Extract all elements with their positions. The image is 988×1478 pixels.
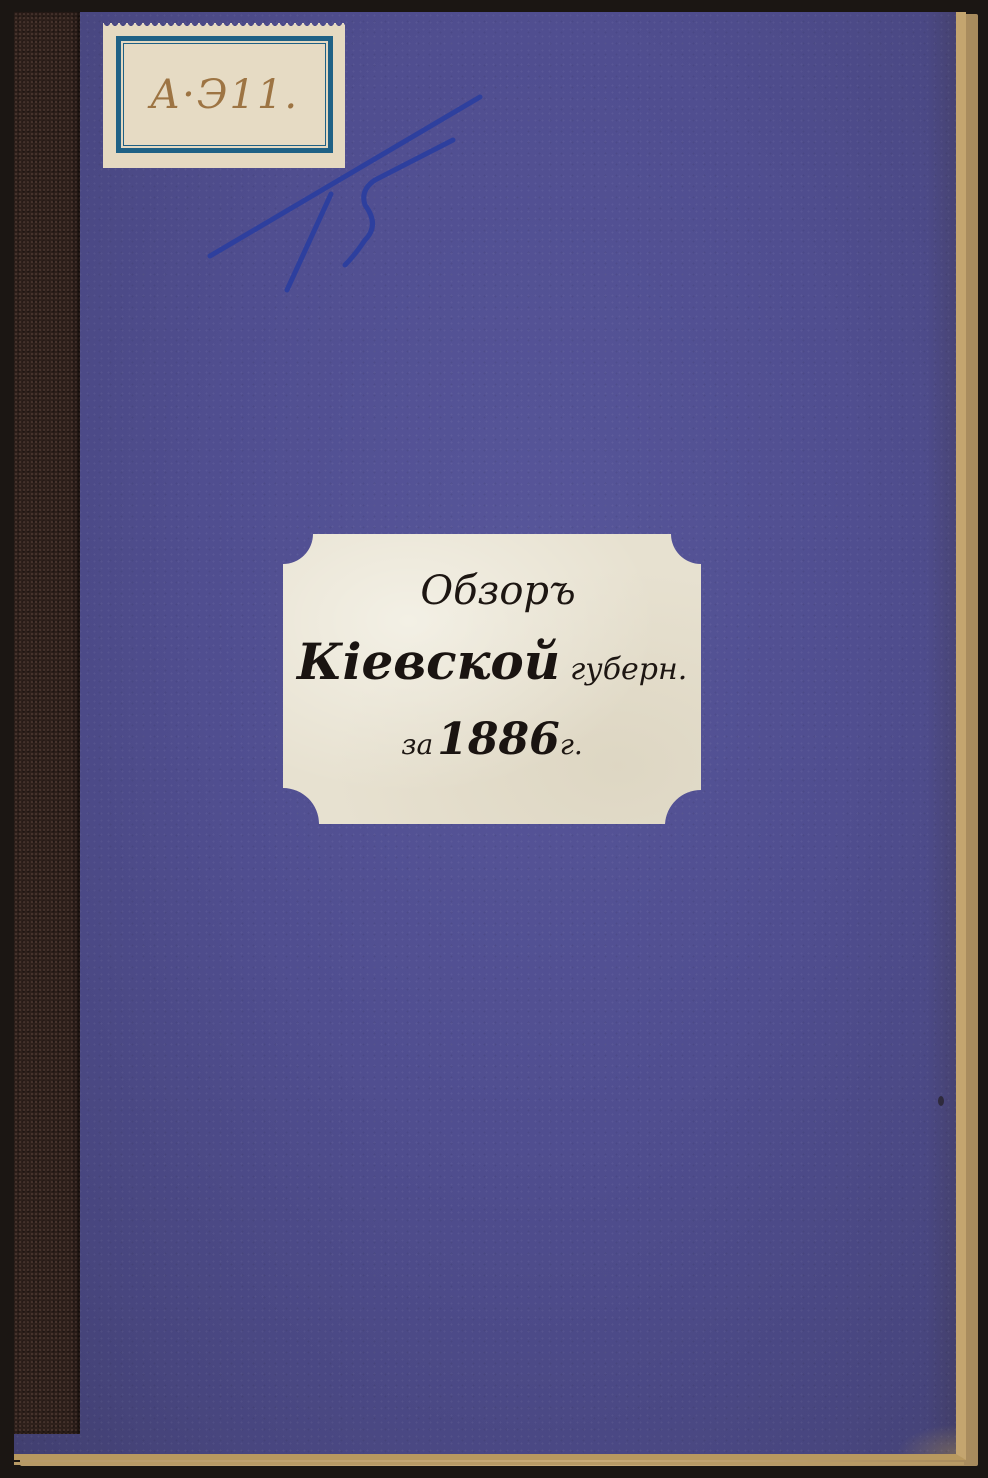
title-gubern: губерн. — [570, 652, 687, 687]
title-line-year: за1886г. — [283, 714, 701, 765]
cover-edge-shade — [926, 12, 956, 1454]
title-line-province: Кіевскойгуберн. — [297, 632, 697, 691]
title-year: 1886 — [437, 714, 559, 765]
cloth-spine — [14, 12, 80, 1434]
title-year-prefix: за — [401, 728, 433, 761]
pencil-digit-5 — [345, 140, 453, 265]
title-label: Обзоръ Кіевскойгуберн. за1886г. — [283, 534, 701, 824]
title-line-review: Обзоръ — [283, 568, 701, 614]
cover-stain — [938, 1096, 944, 1106]
bottom-page-edge — [14, 1462, 964, 1465]
title-kiev: Кіевской — [297, 632, 560, 691]
title-text: Обзоръ Кіевскойгуберн. за1886г. — [283, 534, 701, 824]
title-year-suffix: г. — [560, 728, 583, 761]
cover-corner-wear — [896, 1424, 956, 1454]
pencil-mark-15 — [195, 90, 495, 300]
pencil-strike-line — [210, 97, 480, 256]
